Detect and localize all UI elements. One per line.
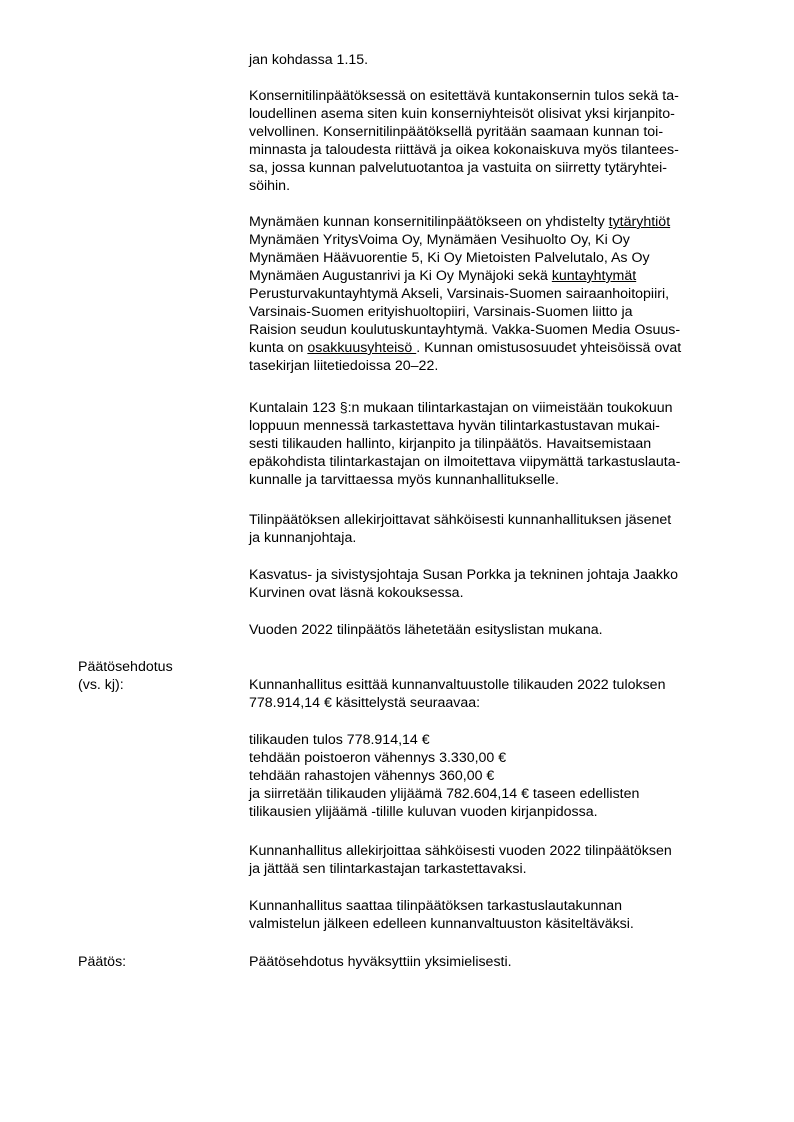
proposal-intro: Kunnanhallitus esittää kunnanvaltuustoll… (249, 676, 744, 712)
paragraph-text: Kuntalain 123 §:n mukaan tilintarkastaja… (249, 399, 744, 489)
paragraph-text: Kunnanhallitus esittää kunnanvaltuustoll… (249, 676, 744, 712)
intro-text: jan kohdassa 1.15. (249, 51, 744, 69)
paragraph-text: Kunnanhallitus saattaa tilinpäätöksen ta… (249, 897, 744, 933)
proposal-forwarding: Kunnanhallitus saattaa tilinpäätöksen ta… (249, 897, 744, 933)
paragraph-attendance: Kasvatus- ja sivistysjohtaja Susan Porkk… (249, 566, 744, 602)
underlined-joint-municipalities: kuntayhtymät (552, 268, 636, 284)
proposal-signing: Kunnanhallitus allekirjoittaa sähköisest… (249, 842, 744, 878)
proposal-item: tilikauden tulos 778.914,14 € (249, 731, 744, 749)
proposal-label: Päätösehdotus (vs. kj): (78, 658, 173, 694)
paragraph-signatures: Tilinpäätöksen allekirjoittavat sähköise… (249, 511, 744, 547)
label-text: Päätösehdotus (vs. kj): (78, 658, 173, 694)
proposal-item: tehdään poistoeron vähennys 3.330,00 € (249, 749, 744, 767)
paragraph-text: Mynämäen kunnan konsernitilinpäätökseen … (249, 213, 744, 375)
proposal-item: tehdään rahastojen vähennys 360,00 € (249, 767, 744, 785)
text-run: Mynämäen kunnan konsernitilinpäätökseen … (249, 214, 609, 230)
document-page: jan kohdassa 1.15. Konsernitilinpäätökse… (0, 0, 794, 1122)
decision-text: Päätösehdotus hyväksyttiin yksimielisest… (249, 953, 744, 971)
underlined-associate: osakkuusyhteisö (307, 340, 416, 356)
paragraph-consolidated-statements: Konsernitilinpäätöksessä on esitettävä k… (249, 87, 744, 195)
paragraph-auditor: Kuntalain 123 §:n mukaan tilintarkastaja… (249, 399, 744, 489)
paragraph-text: Konsernitilinpäätöksessä on esitettävä k… (249, 87, 744, 195)
paragraph-text: Kasvatus- ja sivistysjohtaja Susan Porkk… (249, 566, 744, 602)
paragraph-attachment: Vuoden 2022 tilinpäätös lähetetään esity… (249, 621, 744, 639)
paragraph-group-entities: Mynämäen kunnan konsernitilinpäätökseen … (249, 213, 744, 375)
underlined-subsidiaries: tytäryhtiöt (609, 214, 671, 230)
decision-label: Päätös: (78, 953, 126, 971)
paragraph-text: Vuoden 2022 tilinpäätös lähetetään esity… (249, 621, 744, 639)
proposal-items: tilikauden tulos 778.914,14 € tehdään po… (249, 731, 744, 821)
paragraph-text: Kunnanhallitus allekirjoittaa sähköisest… (249, 842, 744, 878)
proposal-item: ja siirretään tilikauden ylijäämä 782.60… (249, 785, 744, 821)
paragraph-continuation: jan kohdassa 1.15. (249, 51, 744, 69)
paragraph-text: Tilinpäätöksen allekirjoittavat sähköise… (249, 511, 744, 547)
